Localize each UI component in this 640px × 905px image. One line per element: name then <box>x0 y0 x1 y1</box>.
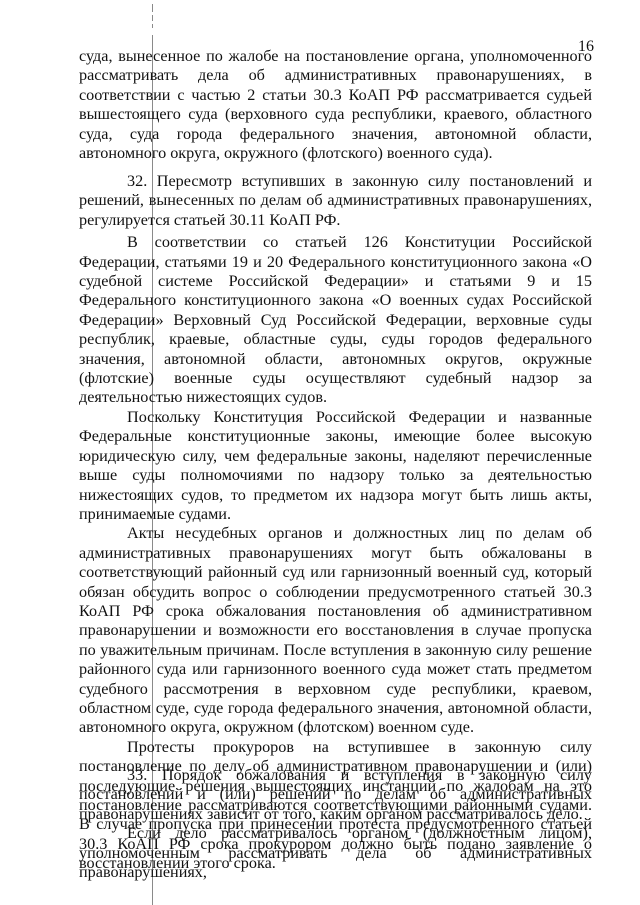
paragraph-section-33: 33. Порядок обжалования и вступления в з… <box>79 766 592 824</box>
scan-line-gap <box>152 21 153 24</box>
body-text-block-3: 33. Порядок обжалования и вступления в з… <box>79 766 592 882</box>
scan-line-gap <box>152 28 153 35</box>
body-text-block-1: суда, вынесенное по жалобе на постановле… <box>79 47 592 163</box>
paragraph-continuation: суда, вынесенное по жалобе на постановле… <box>79 47 592 163</box>
paragraph-acts: Акты несудебных органов и должностных ли… <box>79 524 592 737</box>
scan-line-gap <box>152 12 153 15</box>
paragraph-constitution: В соответствии со статьей 126 Конституци… <box>79 233 592 408</box>
paragraph-if-case: Если дело рассматривалось органом (должн… <box>79 824 592 882</box>
paragraph-since: Поскольку Конституция Российской Федерац… <box>79 408 592 524</box>
paragraph-section-32: 32. Пересмотр вступивших в законную силу… <box>79 172 592 230</box>
document-page: 16 суда, вынесенное по жалобе на постано… <box>0 0 640 905</box>
